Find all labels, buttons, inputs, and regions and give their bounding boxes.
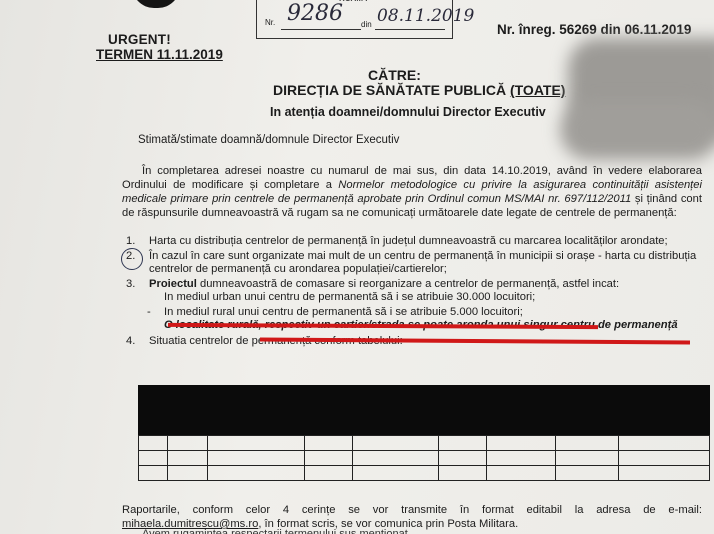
- centers-table: [138, 385, 710, 481]
- stamp-din-label: din: [361, 20, 372, 29]
- document-page: URGENT! TERMEN 11.11.2019 RCAM I Nr. 928…: [0, 0, 714, 534]
- addressee-institution: DIRECȚIA DE SĂNĂTATE PUBLICĂ (TOATE): [273, 82, 565, 98]
- ministry-seal-icon: [132, 0, 180, 8]
- table-cell: [487, 466, 556, 481]
- table-cell: [555, 451, 618, 466]
- salutation: Stimată/stimate doamnă/domnule Director …: [138, 134, 399, 146]
- table-cell: [167, 451, 207, 466]
- requirements-list: 1. Harta cu distribuția centrelor de per…: [122, 235, 702, 348]
- table-cell: [353, 466, 439, 481]
- table-cell: [304, 436, 353, 451]
- table-cell: [618, 451, 709, 466]
- table-cell: [139, 466, 168, 481]
- table-cell: [353, 436, 439, 451]
- registration-number: Nr. înreg. 56269 din 06.11.2019: [497, 22, 691, 37]
- institution-scope: (TOATE): [510, 82, 565, 98]
- table-cell: [304, 466, 353, 481]
- table-cell: [487, 451, 556, 466]
- cut-off-line: Avem rugamintea respectarii termenului s…: [142, 528, 411, 534]
- stamp-sub-label: RCAM I: [339, 0, 367, 3]
- attention-line: In atenția doamnei/domnului Director Exe…: [270, 105, 546, 119]
- redacted-table-header: [138, 385, 710, 435]
- registration-stamp: RCAM I Nr. 9286 din 08.11.2019: [256, 0, 453, 39]
- table-cell: [207, 451, 304, 466]
- blurred-redaction: [560, 100, 714, 160]
- deadline-label: TERMEN 11.11.2019: [96, 47, 223, 62]
- table-cell: [555, 436, 618, 451]
- table-cell: [438, 436, 487, 451]
- stamp-nr-line: [281, 29, 361, 30]
- stamp-din-value: 08.11.2019: [377, 6, 474, 26]
- table-cell: [207, 436, 304, 451]
- footer-paragraph: Raportarile, conform celor 4 cerințe se …: [122, 503, 702, 531]
- stamp-nr-label: Nr.: [265, 18, 275, 27]
- table-cell: [618, 436, 709, 451]
- table-row: [139, 436, 710, 451]
- stamp-din-line: [375, 29, 445, 30]
- table-cell: [555, 466, 618, 481]
- sub-item-rural: - In mediul rural unui centru de permane…: [122, 306, 702, 320]
- table-cell: [353, 451, 439, 466]
- urgent-label: URGENT!: [108, 32, 171, 47]
- table-cell: [167, 436, 207, 451]
- list-item: 2. În cazul în care sunt organizate mai …: [122, 250, 702, 277]
- to-label: CĂTRE:: [368, 67, 421, 83]
- table-cell: [207, 466, 304, 481]
- stamp-nr-value: 9286: [287, 1, 343, 26]
- intro-paragraph: În completarea adresei noastre cu numaru…: [122, 164, 702, 220]
- table-cell: [139, 451, 168, 466]
- table-row: [139, 466, 710, 481]
- list-item: 1. Harta cu distribuția centrelor de per…: [122, 235, 702, 249]
- table-cell: [438, 451, 487, 466]
- centers-table-grid: [138, 435, 710, 481]
- table-cell: [487, 436, 556, 451]
- institution-name: DIRECȚIA DE SĂNĂTATE PUBLICĂ: [273, 82, 506, 98]
- table-cell: [304, 451, 353, 466]
- table-row: [139, 451, 710, 466]
- sub-item-urban: In mediul urban unui centru de permanent…: [122, 291, 702, 305]
- table-cell: [618, 466, 709, 481]
- table-cell: [139, 436, 168, 451]
- table-cell: [167, 466, 207, 481]
- list-item: 3. Proiectul dumneavoastră de comasare s…: [122, 278, 702, 292]
- table-cell: [438, 466, 487, 481]
